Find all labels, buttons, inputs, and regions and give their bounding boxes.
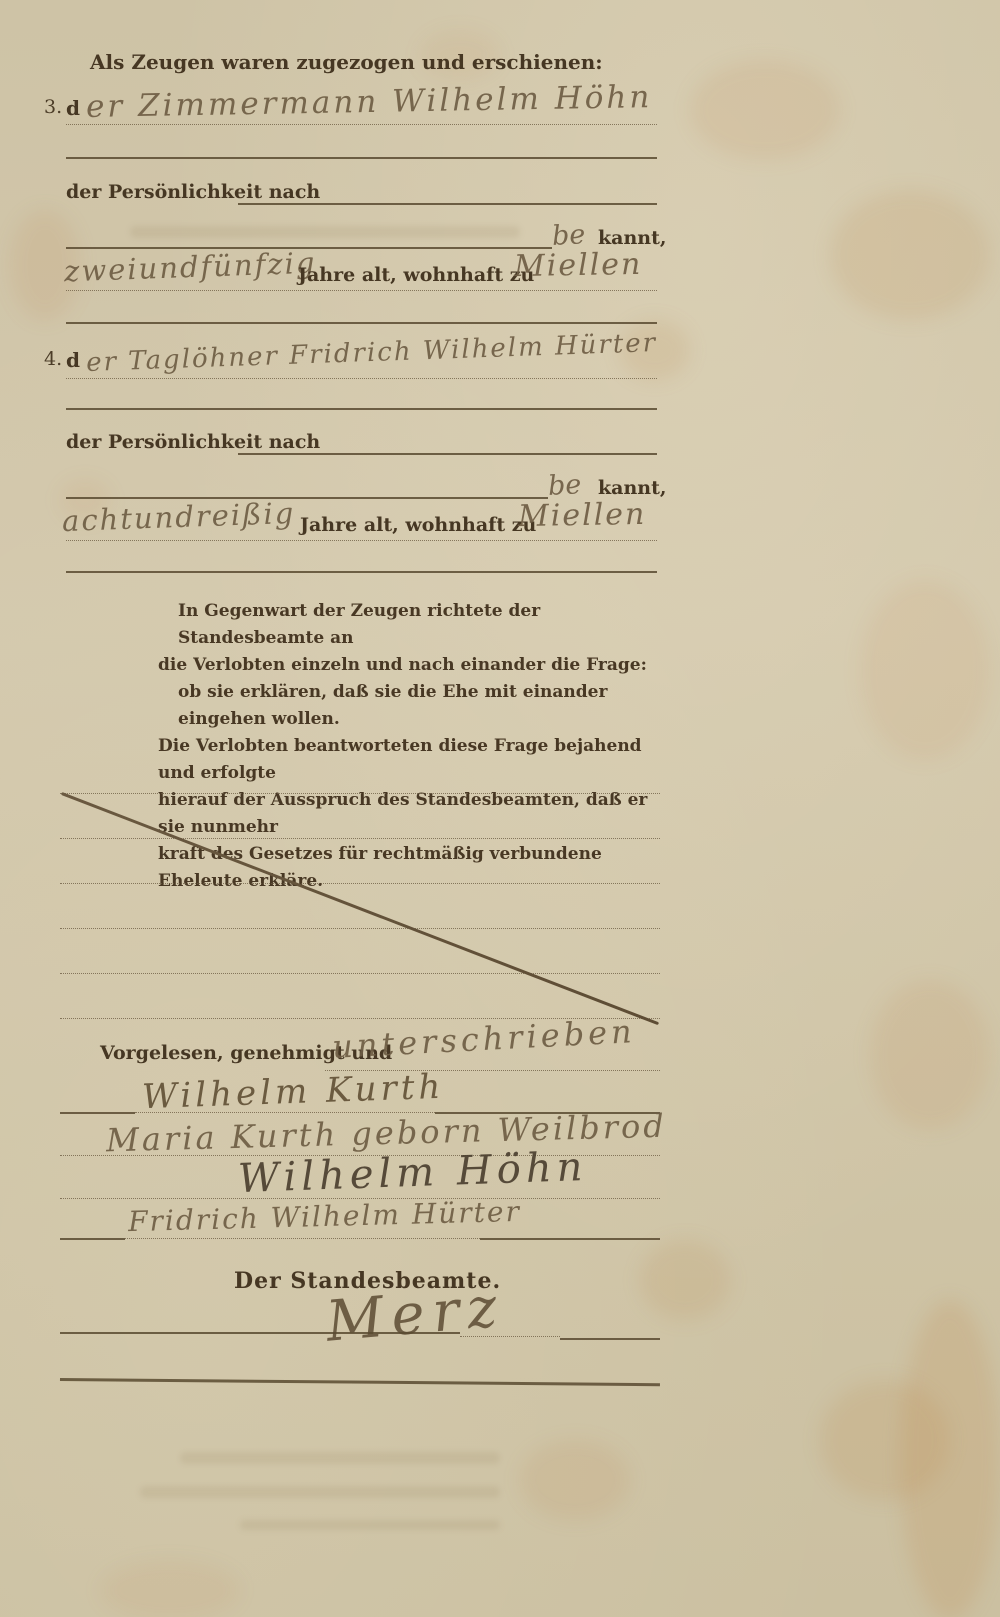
declaration-line: hierauf der Ausspruch des Standesbeamten… bbox=[158, 787, 674, 841]
registrar-line-solid bbox=[560, 1338, 660, 1340]
paper-stain bbox=[100, 1560, 240, 1617]
registrar-line-dotted bbox=[460, 1336, 560, 1337]
signature-line-solid bbox=[60, 1238, 125, 1240]
section-solid-line bbox=[66, 571, 657, 573]
registry-document-page: Als Zeugen waren zugezogen und erschiene… bbox=[0, 0, 1000, 1617]
known-line bbox=[66, 497, 548, 499]
witness3-residence-handwritten: Miellen bbox=[514, 247, 643, 284]
witness4-printed-prefix: d bbox=[66, 348, 80, 372]
age-dotted-line bbox=[66, 540, 657, 541]
witness3-age-residence-label: Jahre alt, wohnhaft zu bbox=[298, 264, 534, 286]
paper-stain bbox=[690, 60, 840, 160]
entry-dotted-line bbox=[66, 124, 657, 125]
signature-groom: Wilhelm Kurth bbox=[141, 1067, 445, 1118]
witness3-number: 3. bbox=[44, 96, 62, 118]
personality-line bbox=[238, 203, 657, 205]
section-solid-line bbox=[66, 322, 657, 324]
entry-solid-line bbox=[66, 157, 657, 159]
signature-witness4: Fridrich Wilhelm Hürter bbox=[128, 1195, 522, 1238]
blank-dotted-line bbox=[60, 793, 660, 794]
witness4-age-residence-label: Jahre alt, wohnhaft zu bbox=[300, 514, 536, 536]
personality-line bbox=[238, 453, 657, 455]
witness4-age-handwritten: achtundreißig bbox=[61, 496, 295, 538]
signature-line-dotted bbox=[125, 1238, 480, 1239]
signature-line-dotted bbox=[135, 1112, 435, 1113]
age-dotted-line bbox=[66, 290, 657, 291]
witness4-residence-handwritten: Miellen bbox=[518, 497, 647, 534]
paper-stain bbox=[820, 1380, 950, 1500]
entry-dotted-line bbox=[66, 378, 657, 379]
declaration-line: Die Verlobten beantworteten diese Frage … bbox=[158, 733, 674, 787]
witness4-handwritten-entry: er Taglöhner Fridrich Wilhelm Hürter bbox=[86, 328, 658, 378]
signature-line-solid bbox=[480, 1238, 660, 1240]
signed-handwritten: unterschrieben bbox=[331, 1012, 636, 1066]
witness3-handwritten-entry: er Zimmermann Wilhelm Höhn bbox=[86, 79, 653, 125]
blank-dotted-line bbox=[60, 973, 660, 974]
paper-stain bbox=[640, 1240, 730, 1320]
blank-dotted-line bbox=[60, 883, 660, 884]
witness3-known-printed: kannt, bbox=[598, 227, 667, 249]
witness-intro-text: Als Zeugen waren zugezogen und erschiene… bbox=[90, 50, 603, 74]
witness3-printed-prefix: d bbox=[66, 96, 80, 120]
ink-bleed-through bbox=[240, 1520, 500, 1530]
blank-dotted-line bbox=[60, 838, 660, 839]
paper-stain bbox=[830, 190, 990, 320]
registrar-line-solid bbox=[60, 1332, 460, 1334]
ink-bleed-through bbox=[130, 226, 520, 238]
paper-stain bbox=[520, 1440, 630, 1520]
witness4-known-printed: kannt, bbox=[598, 477, 667, 499]
declaration-line: die Verlobten einzeln und nach einander … bbox=[158, 652, 674, 679]
witness3-personality-label: der Persönlichkeit nach bbox=[66, 181, 320, 203]
paper-stain bbox=[860, 580, 990, 760]
declaration-line: kraft des Gesetzes für rechtmäßig verbun… bbox=[158, 841, 674, 895]
ink-bleed-through bbox=[140, 1486, 500, 1498]
bottom-solid-line bbox=[60, 1378, 660, 1386]
witness4-personality-label: der Persönlichkeit nach bbox=[66, 431, 320, 453]
witness3-age-handwritten: zweiundfünfzig bbox=[63, 246, 316, 289]
declaration-line: In Gegenwart der Zeugen richtete der Sta… bbox=[158, 598, 674, 652]
blank-dotted-line bbox=[60, 928, 660, 929]
witness4-number: 4. bbox=[44, 348, 62, 370]
paper-stain bbox=[870, 980, 990, 1130]
declaration-line: ob sie erklären, daß sie die Ehe mit ein… bbox=[158, 679, 674, 733]
signature-line-solid bbox=[60, 1112, 135, 1114]
declaration-paragraph: In Gegenwart der Zeugen richtete der Sta… bbox=[158, 598, 674, 895]
ink-bleed-through bbox=[180, 1452, 500, 1464]
witness4-known-handwritten: be bbox=[547, 469, 582, 502]
entry-solid-line bbox=[66, 408, 657, 410]
